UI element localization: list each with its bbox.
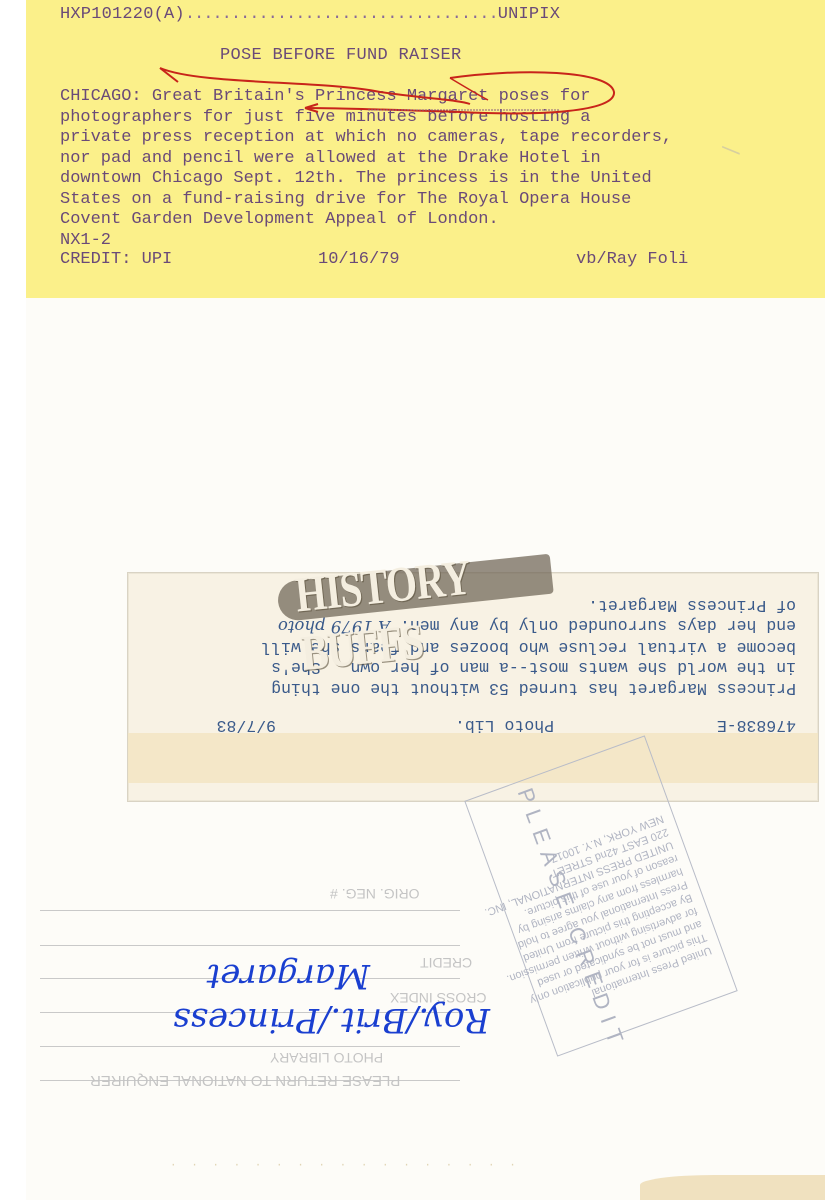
- form-label-return: PLEASE RETURN TO NATIONAL ENQUIRER: [90, 1072, 400, 1089]
- dot-leader: ..................................: [185, 5, 498, 24]
- caption-line: private press reception at which no came…: [60, 128, 780, 149]
- form-rule: [40, 1046, 460, 1047]
- agency-name: UNIPIX: [498, 5, 560, 24]
- form-label-neg: ORIG. NEG. #: [330, 886, 419, 902]
- handwritten-line: Margaret: [207, 956, 370, 996]
- byline: vb/Ray Foli: [576, 250, 688, 271]
- pasted-line: Princess Margaret has turned 53 without …: [136, 678, 796, 699]
- faint-bottom-print: · · · · · · · · · · · · · · · · ·: [170, 1160, 520, 1172]
- handwritten-note: Roy./Brit./Princess Margaret: [70, 930, 490, 1040]
- caption-line: downtown Chicago Sept. 12th. The princes…: [60, 169, 780, 190]
- caption-line: nor pad and pencil were allowed at the D…: [60, 149, 780, 170]
- paper-stain: [640, 1175, 825, 1200]
- slip-header: HXP101220(A)............................…: [60, 5, 560, 26]
- caption-title: POSE BEFORE FUND RAISER: [220, 46, 462, 67]
- pasted-line: become a virtual recluse who boozes and …: [136, 637, 796, 658]
- pasted-line: end her days surrounded only by any men.…: [136, 615, 796, 637]
- pasted-line-text: end her days surrounded only by any men.: [400, 617, 796, 636]
- form-rule: [40, 910, 460, 911]
- credit-row: CREDIT: UPI 10/16/79 vb/Ray Foli: [60, 250, 780, 272]
- form-label-library: PHOTO LIBRARY: [270, 1050, 383, 1066]
- ref-code: HXP101220(A): [60, 5, 185, 24]
- caption-line: Covent Garden Development Appeal of Lond…: [60, 210, 780, 231]
- pasted-date: 9/7/83: [217, 715, 276, 736]
- caption-slip: HXP101220(A)............................…: [26, 0, 825, 298]
- credit-text: CREDIT: UPI: [60, 250, 172, 271]
- source-label: Photo Lib.: [455, 715, 554, 736]
- page-margin: [0, 0, 26, 1200]
- caption-line: photographers for just five minutes befo…: [60, 108, 780, 129]
- pasted-line: in the world she wants most--a man of he…: [136, 657, 796, 678]
- pasted-meta-row: 476838-E Photo Lib. 9/7/83: [156, 713, 796, 735]
- caption-line: CHICAGO: Great Britain's Princess Margar…: [60, 87, 780, 108]
- handwritten-line: Roy./Brit./Princess: [173, 1000, 490, 1040]
- negative-number: 476838-E: [717, 715, 796, 736]
- caption-date: 10/16/79: [318, 250, 400, 271]
- caption-code: NX1-2: [60, 231, 780, 252]
- caption-line: States on a fund-raising drive for The R…: [60, 190, 780, 211]
- caption-body: CHICAGO: Great Britain's Princess Margar…: [60, 87, 780, 251]
